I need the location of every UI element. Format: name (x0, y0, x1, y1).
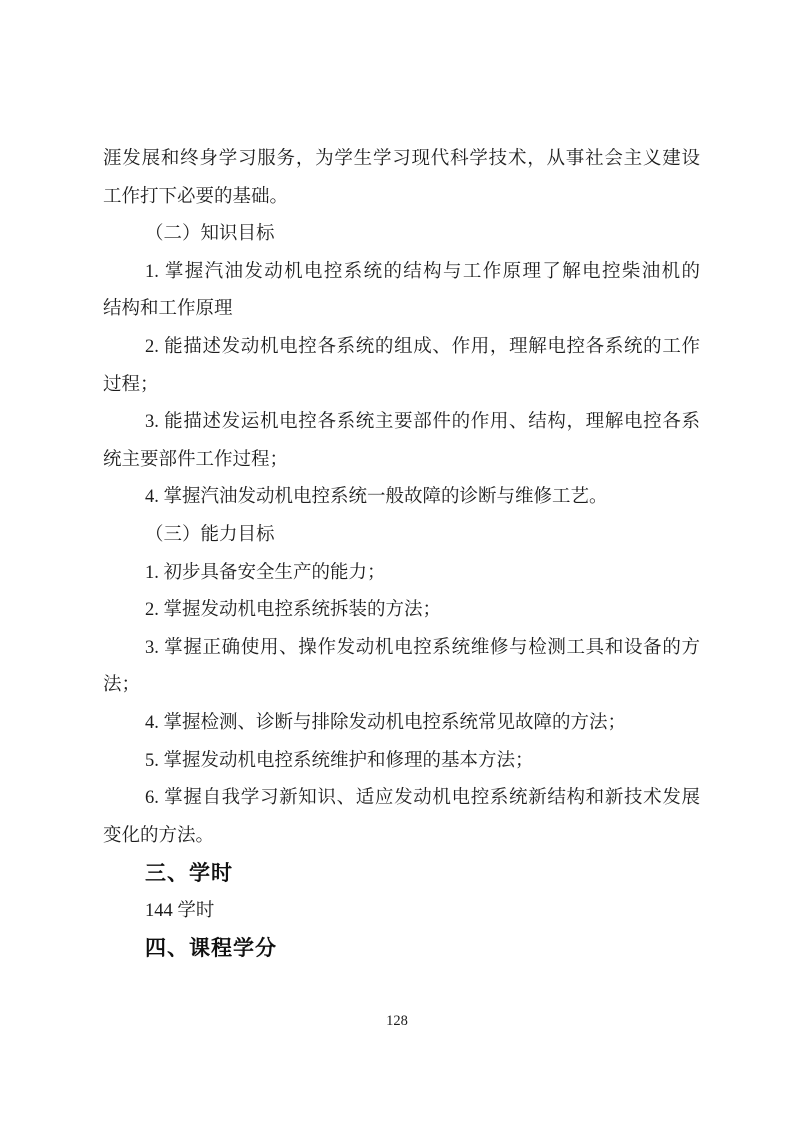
text-line: 4. 掌握检测、诊断与排除发动机电控系统常见故障的方法； (103, 705, 700, 743)
text-line: 1. 初步具备安全生产的能力； (103, 555, 700, 593)
text-line: 统主要部件工作过程； (103, 442, 700, 480)
text-line: 6. 掌握自我学习新知识、适应发动机电控系统新结构和新技术发展 (103, 780, 700, 818)
text-line: 结构和工作原理 (103, 291, 700, 329)
text-line: 工作打下必要的基础。 (103, 179, 700, 217)
text-line: 144 学时 (103, 893, 700, 931)
document-content: 涯发展和终身学习服务，为学生学习现代科学技术，从事社会主义建设工作打下必要的基础… (103, 141, 700, 968)
page-container: 涯发展和终身学习服务，为学生学习现代科学技术，从事社会主义建设工作打下必要的基础… (0, 0, 794, 1122)
text-line: （二）知识目标 (103, 216, 700, 254)
text-line: 过程； (103, 367, 700, 405)
text-line: 3. 掌握正确使用、操作发动机电控系统维修与检测工具和设备的方 (103, 630, 700, 668)
text-line: 法； (103, 667, 700, 705)
text-line: 变化的方法。 (103, 818, 700, 856)
text-line: 4. 掌握汽油发动机电控系统一般故障的诊断与维修工艺。 (103, 479, 700, 517)
section-heading: 四、课程学分 (103, 930, 700, 968)
page-number: 128 (0, 1013, 794, 1030)
text-line: 2. 能描述发动机电控各系统的组成、作用，理解电控各系统的工作 (103, 329, 700, 367)
text-line: 5. 掌握发动机电控系统维护和修理的基本方法； (103, 743, 700, 781)
section-heading: 三、学时 (103, 855, 700, 893)
text-line: 2. 掌握发动机电控系统拆装的方法； (103, 592, 700, 630)
text-line: 涯发展和终身学习服务，为学生学习现代科学技术，从事社会主义建设 (103, 141, 700, 179)
text-line: （三）能力目标 (103, 517, 700, 555)
text-line: 1. 掌握汽油发动机电控系统的结构与工作原理了解电控柴油机的 (103, 254, 700, 292)
text-line: 3. 能描述发运机电控各系统主要部件的作用、结构，理解电控各系 (103, 404, 700, 442)
